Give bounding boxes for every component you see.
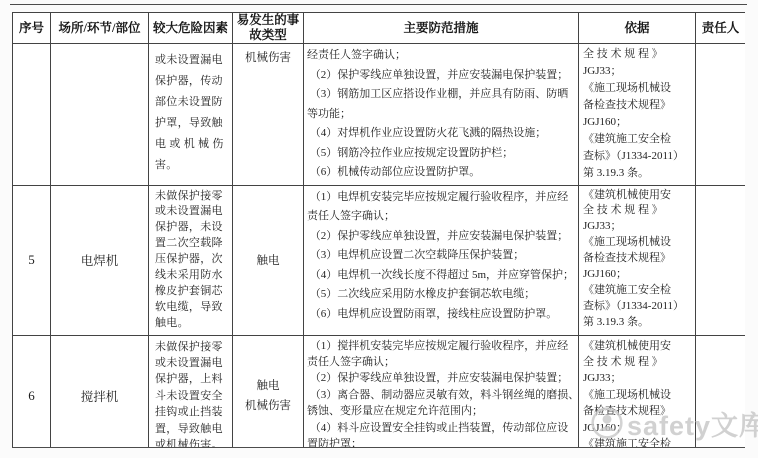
cell-seq: 6 [13, 335, 51, 448]
cell-hazard: 未做保护接零 或未设置漏电 保护器，未设 置二次空载降 压保护器，次 线未采用防… [149, 185, 233, 335]
cell-responsible [696, 44, 746, 186]
cell-accident-type: 机械伤害 [233, 44, 304, 186]
cell-location: 搅拌机 [51, 335, 149, 448]
cell-basis: 《建筑机械使用安 全 技 术 规 程 》 JGJ33； 《施工现场机械设 备检查… [579, 185, 696, 335]
cell-basis: 《建筑机械使用安 全 技 术 规 程 》 JGJ33； 《施工现场机械设 备检查… [579, 335, 696, 448]
cell-hazard: 或未设置漏电 保护器，传动 部位未设置防 护罩，导致触 电 或 机 械 伤 害。 [149, 44, 233, 186]
cell-basis: 全 技 术 规 程 》 JGJ33； 《施工现场机械设 备检查技术规程》 JGJ… [579, 44, 696, 186]
safety-risk-table: 序号 场所/环节/部位 较大危险因素 易发生的事 故类型 主要防范措施 依据 责… [12, 12, 745, 448]
cell-location: 电焊机 [51, 185, 149, 335]
cell-responsible [696, 335, 746, 448]
risk-prevention-table: 序号 场所/环节/部位 较大危险因素 易发生的事 故类型 主要防范措施 依据 责… [12, 12, 745, 448]
cell-measures: （1）电焊机安装完毕应按规定履行验收程序，并应经 责任人签字确认； （2）保护零… [304, 185, 579, 335]
cell-location [51, 44, 149, 186]
header-seq: 序号 [13, 13, 51, 44]
table-row-continued: 或未设置漏电 保护器，传动 部位未设置防 护罩，导致触 电 或 机 械 伤 害。… [13, 44, 746, 186]
header-responsible: 责任人 [696, 13, 746, 44]
cell-accident-type: 触电 [233, 185, 304, 335]
cell-seq [13, 44, 51, 186]
page-top-rule [10, 4, 747, 5]
header-row: 序号 场所/环节/部位 较大危险因素 易发生的事 故类型 主要防范措施 依据 责… [13, 13, 746, 44]
table-row-5: 5 电焊机 未做保护接零 或未设置漏电 保护器，未设 置二次空载降 压保护器，次… [13, 185, 746, 335]
header-hazard: 较大危险因素 [149, 13, 233, 44]
cell-measures: （1）搅拌机安装完毕应按规定履行验收程序，并应经 责任人签字确认； （2）保护零… [304, 335, 579, 448]
header-measures: 主要防范措施 [304, 13, 579, 44]
header-accident-type: 易发生的事 故类型 [233, 13, 304, 44]
cell-seq: 5 [13, 185, 51, 335]
cell-hazard: 未做保护接零 或未设置漏电 保护器，上料 斗未设置安全 挂钩或止挡装 置，导致触… [149, 335, 233, 448]
table-row-6: 6 搅拌机 未做保护接零 或未设置漏电 保护器，上料 斗未设置安全 挂钩或止挡装… [13, 335, 746, 448]
cell-responsible [696, 185, 746, 335]
cell-measures: 经责任人签字确认； （2）保护零线应单独设置，并应安装漏电保护装置； （3）钢筋… [304, 44, 579, 186]
cell-accident-type: 触电 机械伤害 [233, 335, 304, 448]
header-basis: 依据 [579, 13, 696, 44]
header-location: 场所/环节/部位 [51, 13, 149, 44]
